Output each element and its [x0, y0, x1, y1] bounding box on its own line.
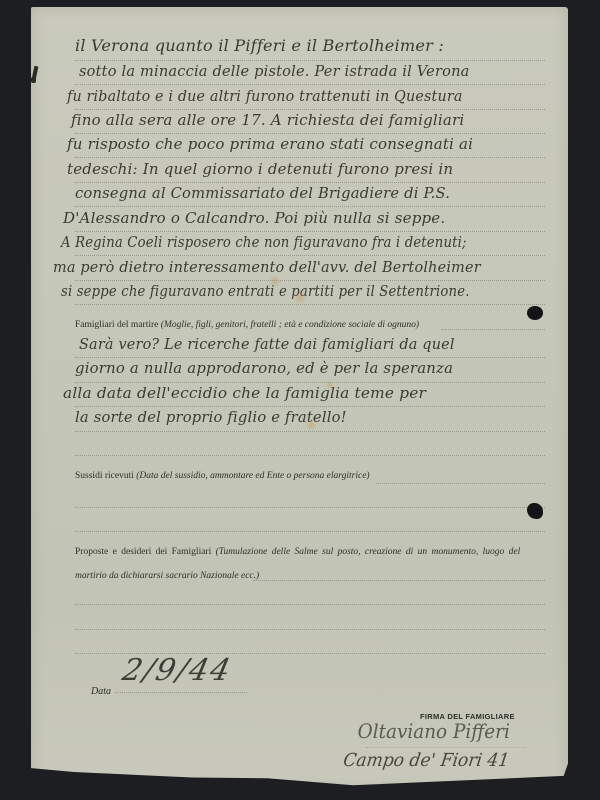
signature-name: Oltaviano Pifferi [358, 719, 510, 743]
ruled-line [75, 182, 545, 183]
ruled-line [75, 109, 545, 110]
document-page: il Verona quanto il Pifferi e il Bertolh… [31, 7, 568, 790]
margin-mark [31, 77, 36, 83]
date-value: 2/9/44 [119, 653, 235, 688]
handwritten-line: alla data dell'eccidio che la famiglia t… [63, 384, 426, 402]
handwritten-line: fu risposto che poco prima erano stati c… [67, 135, 473, 153]
ruled-line [75, 255, 545, 256]
signature-address: Campo de' Fiori 41 [342, 750, 511, 771]
proposte-hint-line2: martirio da dichiararsi sacrario Naziona… [75, 571, 259, 581]
signature-line [366, 747, 526, 748]
ruled-line [75, 406, 545, 407]
handwritten-line: Sarà vero? Le ricerche fatte dai famigli… [79, 335, 455, 353]
proposte-hint-line1: (Tumulazione delle Salme sul posto, crea… [216, 547, 521, 557]
ruled-line [75, 604, 545, 605]
date-line [115, 692, 247, 693]
ruled-line [75, 531, 545, 532]
ruled-line [75, 304, 545, 305]
ruled-line [376, 483, 545, 484]
handwritten-line: D'Alessandro o Calcandro. Poi più nulla … [63, 209, 445, 227]
handwritten-line: A Regina Coeli risposero che non figurav… [61, 233, 467, 251]
sussidi-label: Sussidi ricevuti (Data del sussidio, amm… [75, 471, 370, 481]
handwritten-line: il Verona quanto il Pifferi e il Bertolh… [75, 37, 444, 55]
handwritten-line: fino alla sera alle ore 17. A richiesta … [71, 111, 464, 129]
ruled-line [75, 357, 545, 358]
handwritten-line: sotto la minaccia delle pistole. Per ist… [79, 62, 470, 80]
famigliari-label: Famigliari del martire (Moglie, figli, g… [75, 320, 419, 330]
ruled-line [75, 60, 545, 61]
handwritten-line: tedeschi: In quel giorno i detenuti furo… [67, 160, 453, 178]
ruled-line [75, 231, 545, 232]
paper-stain [293, 291, 307, 305]
ruled-line [75, 133, 545, 134]
handwritten-line: consegna al Commissariato del Brigadiere… [75, 184, 450, 202]
handwritten-line: si seppe che figuravano entrati e partit… [61, 282, 470, 300]
handwritten-line: fu ribaltato e i due altri furono tratte… [67, 87, 463, 105]
paper-stain [305, 419, 317, 431]
proposte-label: Proposte e desideri dei Famigliari (Tumu… [75, 547, 520, 557]
paper-stain [325, 380, 335, 390]
paper-stain [269, 275, 281, 287]
famigliari-hint: (Moglie, figli, genitori, fratelli ; età… [161, 320, 419, 330]
ruled-line [441, 329, 545, 330]
sussidi-hint: (Data del sussidio, ammontare ed Ente o … [136, 471, 369, 481]
ruled-line [75, 280, 545, 281]
ruled-line [253, 580, 545, 581]
ruled-line [75, 507, 545, 508]
handwritten-line: ma però dietro interessamento dell'avv. … [53, 258, 481, 276]
ruled-line [75, 629, 545, 630]
ruled-line [75, 382, 545, 383]
ruled-line [75, 157, 545, 158]
ruled-line [75, 84, 545, 85]
punch-hole [527, 306, 543, 320]
ruled-line [75, 431, 545, 432]
ruled-line [75, 455, 545, 456]
date-label: Data [91, 686, 111, 697]
handwritten-line: giorno a nulla approdarono, ed è per la … [75, 359, 453, 377]
punch-hole [527, 503, 543, 519]
ruled-line [75, 206, 545, 207]
